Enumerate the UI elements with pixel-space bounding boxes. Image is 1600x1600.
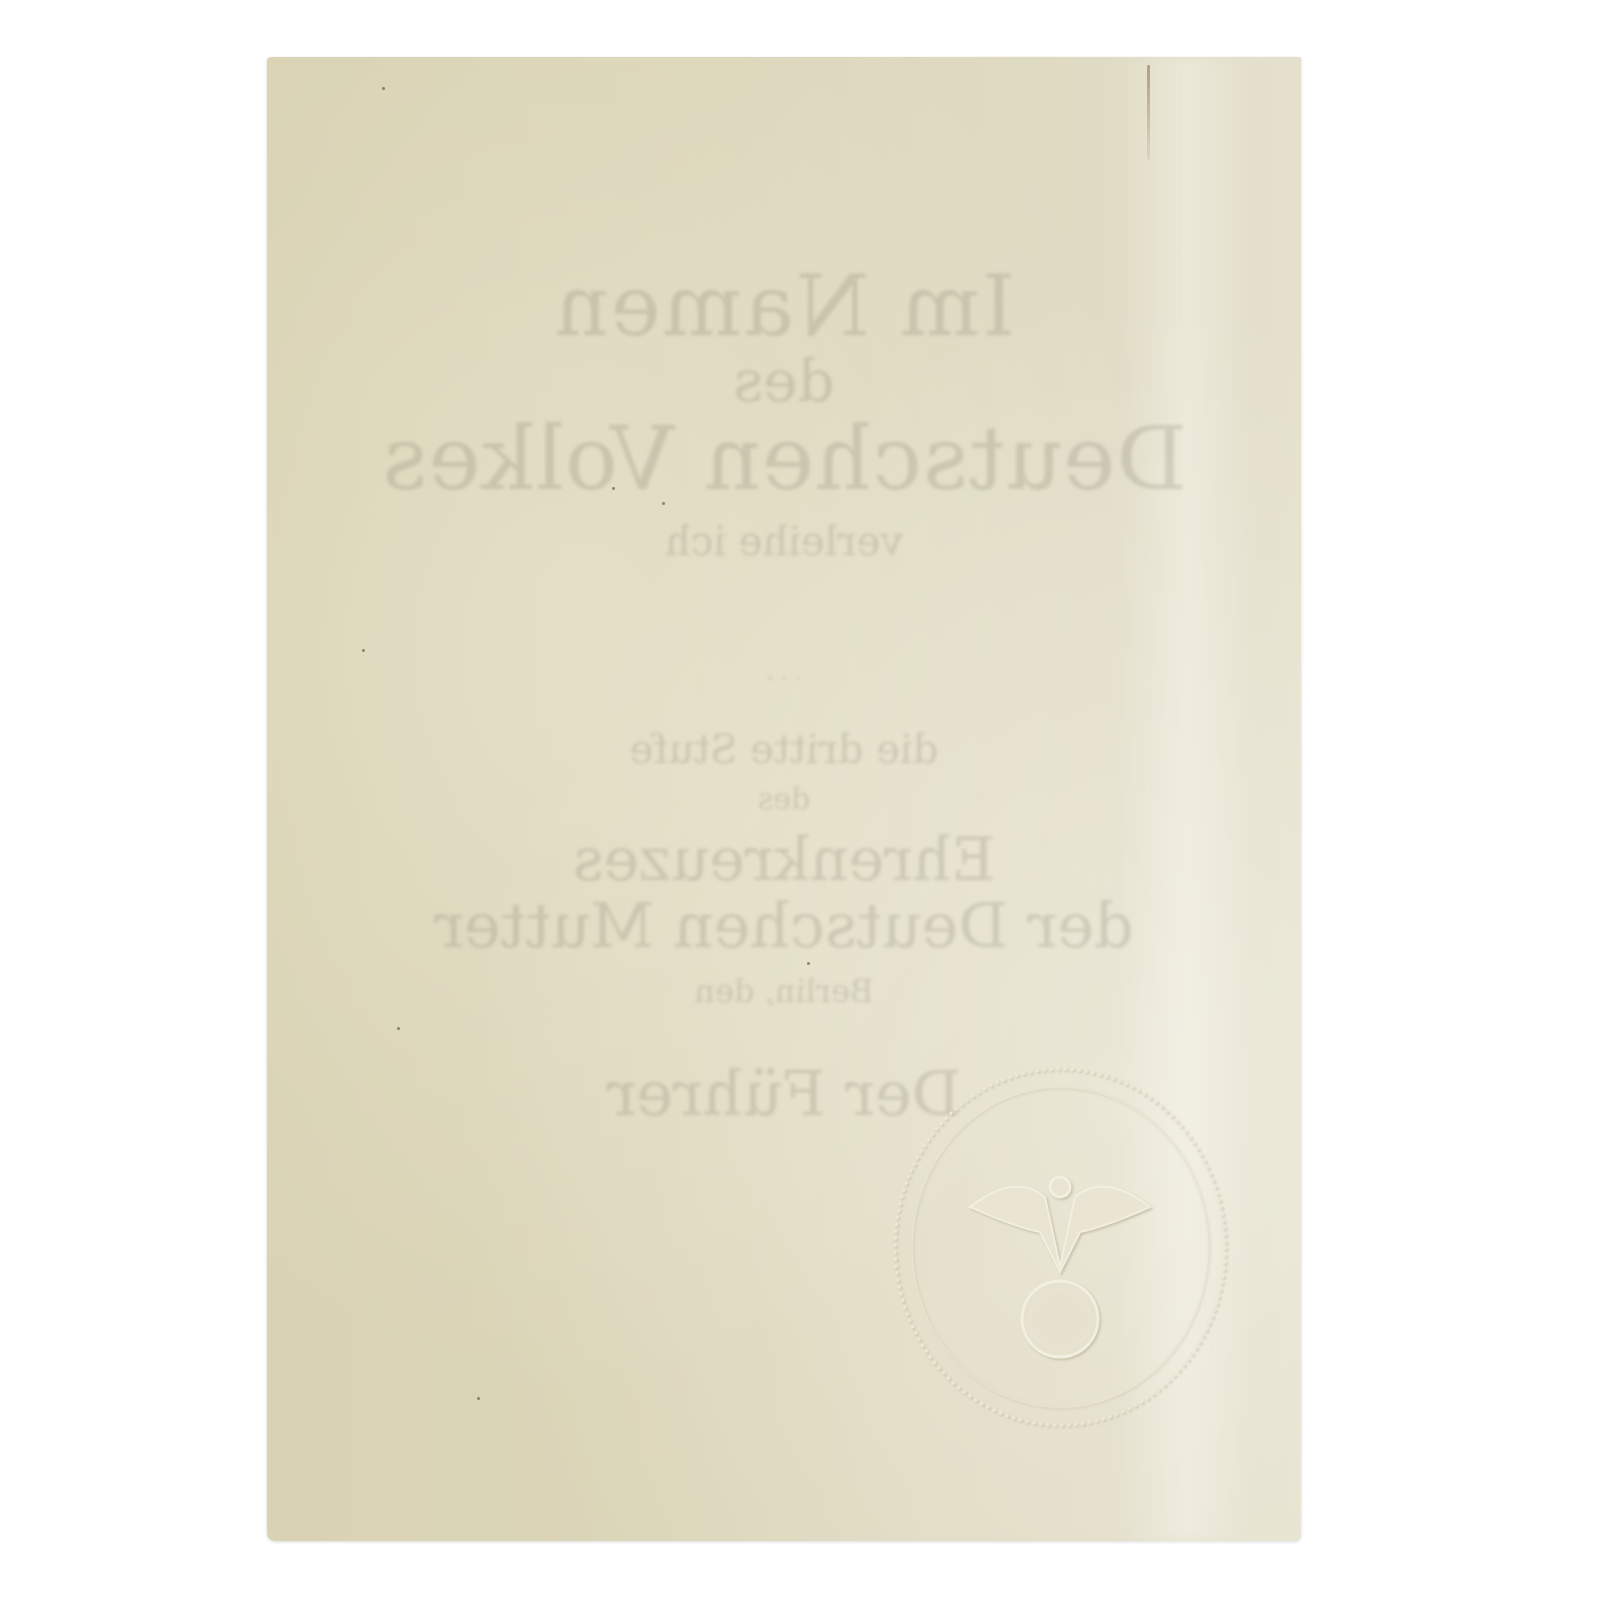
speck xyxy=(612,487,615,490)
bleed-line-dots: · · · xyxy=(267,667,1301,692)
bleed-line-volkes: Deutschen Volkes xyxy=(267,407,1301,510)
speck xyxy=(807,962,810,965)
speck xyxy=(662,502,665,505)
bleed-line-place-date: Berlin, den xyxy=(267,972,1301,1010)
bleed-line-verleihe: verleihe ich xyxy=(267,519,1301,565)
bleed-line-ehrenkreuzes: Ehrenkreuzes xyxy=(267,825,1301,895)
speck xyxy=(362,649,365,652)
seal-roundel xyxy=(1022,1281,1098,1357)
bleed-line-stufe: die dritte Stufe xyxy=(267,727,1301,773)
eagle-emblem-icon xyxy=(970,1177,1150,1272)
bleed-line-heading: Im Namen xyxy=(267,257,1301,355)
speck xyxy=(382,87,385,90)
bleed-line-des: des xyxy=(267,347,1301,415)
speck xyxy=(477,1397,480,1400)
seal-outer-ring xyxy=(895,1069,1225,1425)
speck xyxy=(397,1027,400,1030)
bleed-line-mutter: der Deutschen Mutter xyxy=(267,889,1301,962)
ink-stain xyxy=(1147,65,1150,160)
embossed-seal xyxy=(885,1057,1235,1437)
document-sheet: Im Namen des Deutschen Volkes verleihe i… xyxy=(267,57,1301,1541)
bleed-line-des-2: des xyxy=(267,782,1301,817)
